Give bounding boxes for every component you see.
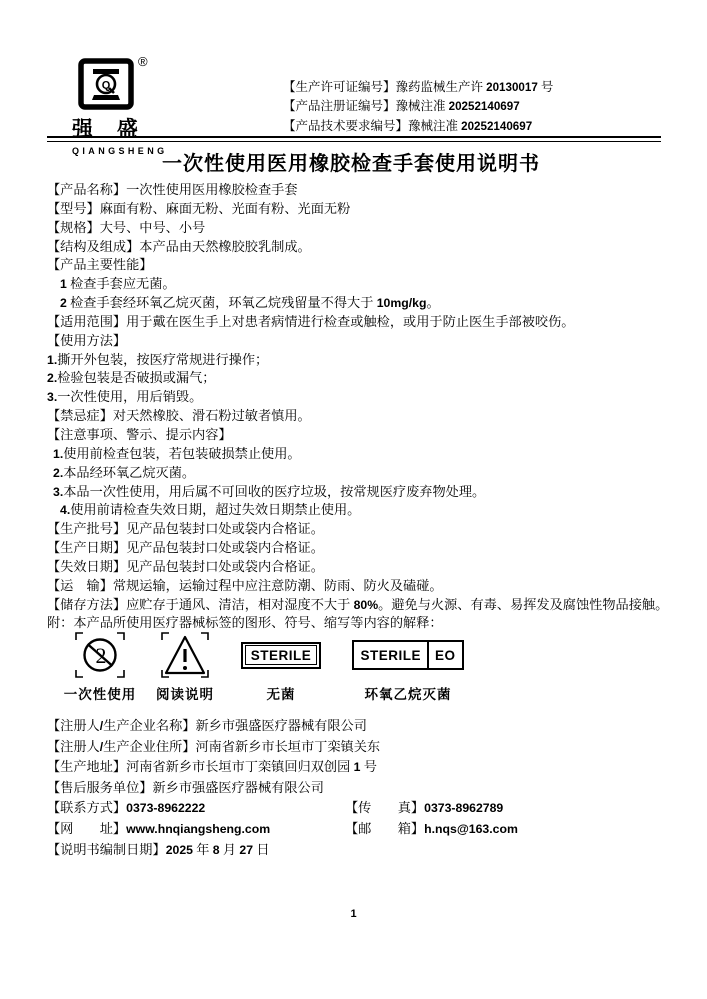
storage-line: 【储存方法】应贮存于通风、清洁，相对湿度不大于 80%。避免与火源、有毒、易挥发…: [47, 596, 665, 615]
performance-item-line: 2 检查手套经环氧乙烷灭菌，环氧乙烷残留量不得大于 10mg/kg。: [47, 294, 665, 313]
precautions-heading-line: 【注意事项、警示、提示内容】: [47, 426, 665, 445]
expiry-date-line: 【失效日期】见产品包装封口处或袋内合格证。: [47, 558, 665, 577]
svg-text:Q: Q: [102, 80, 111, 92]
model-line: 【型号】麻面有粉、麻面无粉、光面有粉、光面无粉: [47, 200, 665, 219]
scope-line: 【适用范围】用于戴在医生手上对患者病情进行检查或触检，或用于防止医生手部被咬伤。: [47, 313, 665, 332]
do-not-reuse-icon: 2: [73, 630, 127, 680]
performance-heading-line: 【产品主要性能】: [47, 256, 665, 275]
registration-info: 【生产许可证编号】豫药监械生产许 20130017 号 【产品注册证编号】豫械注…: [283, 78, 553, 136]
precaution-item-line: 4.使用前请检查失效日期，超过失效日期禁止使用。: [47, 501, 665, 520]
technical-requirement-line: 【产品技术要求编号】豫械注准 20252140697: [283, 117, 553, 136]
composition-line: 【结构及组成】本产品由天然橡胶胶乳制成。: [47, 238, 665, 257]
contraindication-line: 【禁忌症】对天然橡胶、滑石粉过敏者慎用。: [47, 407, 665, 426]
production-license-line: 【生产许可证编号】豫药监械生产许 20130017 号: [283, 78, 553, 97]
instruction-leaflet-page: Q ® 强 盛 QIANGSHENG 【生产许可证编号】豫药监械生产许 2013…: [0, 0, 707, 999]
usage-item-line: 1.撕开外包装，按医疗常规进行操作；: [47, 351, 665, 370]
production-date-line: 【生产日期】见产品包装封口处或袋内合格证。: [47, 539, 665, 558]
spec-line: 【规格】大号、中号、小号: [47, 219, 665, 238]
symbol-label: 环氧乙烷灭菌: [328, 683, 488, 703]
symbol-sterile-eo: STERILE EO 环氧乙烷灭菌: [328, 630, 488, 703]
web-email-row: 【网 址】www.hnqiangsheng.com 【邮 箱】h.nqs@163…: [47, 819, 665, 840]
precaution-item-line: 1.使用前检查包装，若包装破损禁止使用。: [47, 445, 665, 464]
symbol-label: 一次性使用: [50, 683, 150, 703]
body-text: 【产品名称】一次性使用医用橡胶检查手套 【型号】麻面有粉、麻面无粉、光面有粉、光…: [47, 181, 665, 633]
production-address-line: 【生产地址】河南省新乡市长垣市丁栾镇回归双创园 1 号: [47, 757, 665, 778]
symbol-label: 阅读说明: [139, 683, 231, 703]
sterile-eo-icon: STERILE EO: [352, 640, 463, 670]
sterile-eo-icon-eo: EO: [427, 642, 462, 668]
email-line: 【邮 箱】h.nqs@163.com: [345, 819, 518, 840]
product-registration-line: 【产品注册证编号】豫械注准 20252140697: [283, 97, 553, 116]
phone-line: 【联系方式】0373-8962222: [47, 798, 345, 819]
read-instructions-icon: [159, 630, 211, 680]
page-title: 一次性使用医用橡胶检查手套使用说明书: [47, 147, 655, 176]
compile-date-line: 【说明书编制日期】2025 年 8 月 27 日: [47, 840, 665, 861]
page-number: 1: [0, 908, 707, 920]
performance-item-line: 1 检查手套应无菌。: [47, 275, 665, 294]
symbol-sterile: STERILE 无菌: [221, 630, 341, 703]
website-line: 【网 址】www.hnqiangsheng.com: [47, 819, 345, 840]
sterile-eo-icon-text: STERILE: [354, 642, 427, 668]
usage-heading-line: 【使用方法】: [47, 332, 665, 351]
symbol-read-instructions: 阅读说明: [139, 630, 231, 703]
usage-item-line: 3.一次性使用，用后销毁。: [47, 388, 665, 407]
batch-number-line: 【生产批号】见产品包装封口处或袋内合格证。: [47, 520, 665, 539]
fax-line: 【传 真】0373-8962789: [345, 798, 503, 819]
symbol-label: 无菌: [221, 683, 341, 703]
precaution-item-line: 2.本品经环氧乙烷灭菌。: [47, 464, 665, 483]
phone-fax-row: 【联系方式】0373-8962222 【传 真】0373-8962789: [47, 798, 665, 819]
symbols-row: 2 一次性使用 阅读说明: [47, 630, 665, 702]
manufacturer-name-line: 【注册人/生产企业名称】新乡市强盛医疗器械有限公司: [47, 716, 665, 737]
product-name-line: 【产品名称】一次性使用医用橡胶检查手套: [47, 181, 665, 200]
logo-mark-icon: Q: [78, 58, 134, 110]
precaution-item-line: 3.本品一次性使用，用后属不可回收的医疗垃圾，按常规医疗废弃物处理。: [47, 483, 665, 502]
after-sales-line: 【售后服务单位】新乡市强盛医疗器械有限公司: [47, 778, 665, 799]
symbol-single-use: 2 一次性使用: [50, 630, 150, 703]
sterile-icon-text: STERILE: [245, 645, 318, 665]
transport-line: 【运 输】常规运输，运输过程中应注意防潮、防雨、防火及磕碰。: [47, 577, 665, 596]
usage-item-line: 2.检验包装是否破损或漏气；: [47, 369, 665, 388]
header-divider: [47, 136, 661, 142]
manufacturer-info: 【注册人/生产企业名称】新乡市强盛医疗器械有限公司 【注册人/生产企业住所】河南…: [47, 716, 665, 860]
manufacturer-address-line: 【注册人/生产企业住所】河南省新乡市长垣市丁栾镇关东: [47, 737, 665, 758]
sterile-icon: STERILE: [241, 642, 321, 669]
registered-trademark-icon: ®: [138, 54, 148, 69]
